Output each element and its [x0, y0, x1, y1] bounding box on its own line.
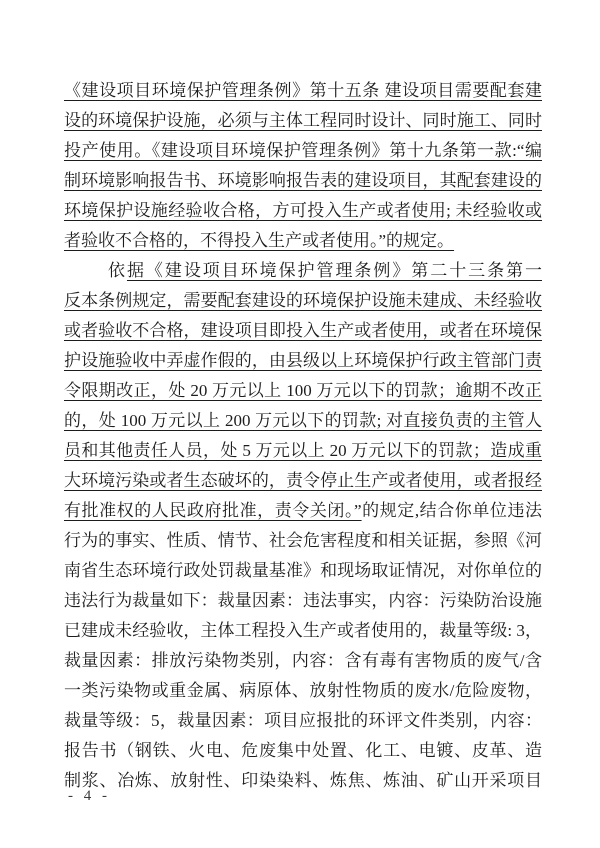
text-line: 者验收不合格的，不得投入生产或者使用。”的规定。	[64, 226, 542, 256]
text-line: 设的环境保护设施，必须与主体工程同时设计、同时施工、同时	[64, 106, 542, 136]
text-line: 裁量等级：5，裁量因素：项目应报批的环评文件类别，内容：	[64, 706, 542, 736]
text-line: 投产使用。《建设项目环境保护管理条例》第十九条第一款:“编	[64, 136, 542, 166]
underlined-text: 制环境影响报告书、环境影响报告表的建设项目，其配套建设的	[64, 171, 542, 190]
text-line: 制环境影响报告书、环境影响报告表的建设项目，其配套建设的	[64, 166, 542, 196]
text-line: 大环境污染或者生态破坏的，责令停止生产或者使用，或者报经	[64, 466, 542, 496]
underlined-text: 设的环境保护设施，必须与主体工程同时设计、同时施工、同时	[64, 111, 542, 130]
plain-text: 裁量因素：排放污染物类别，内容：含有毒有害物质的废气/含	[64, 651, 542, 670]
text-line: 制浆、冶炼、放射性、印染染料、炼焦、炼油、矿山开采项目等）	[64, 766, 542, 796]
page-number: - 4 -	[68, 788, 108, 804]
underlined-text: 大环境污染或者生态破坏的，责令停止生产或者使用，或者报经	[64, 471, 542, 490]
text-line: 环境保护设施经验收合格，方可投入生产或者使用; 未经验收或	[64, 196, 542, 226]
text-line: 南省生态环境行政处罚裁量基准》和现场取证情况，对你单位的	[64, 556, 542, 586]
text-line: 一类污染物或重金属、病原体、放射性物质的废水/危险废物，	[64, 676, 542, 706]
text-line: 或者验收不合格，建设项目即投入生产或者使用，或者在环境保	[64, 316, 542, 346]
underlined-text: 反本条例规定，需要配套建设的环境保护设施未建成、未经验收	[64, 291, 542, 310]
text-line: 报告书（钢铁、火电、危废集中处置、化工、电镀、皮革、造纸、	[64, 736, 542, 766]
underlined-text: 令限期改正，处 20 万元以上 100 万元以下的罚款；逾期不改正	[64, 381, 542, 400]
underlined-text: 有批准权的人民政府批准，责令关闭。”	[64, 501, 362, 520]
document-body: 《建设项目环境保护管理条例》第十五条 建设项目需要配套建 设的环境保护设施，必须…	[64, 76, 542, 796]
underlined-text: 投产使用。《建设项目环境保护管理条例》第十九条第一款:“编	[64, 141, 542, 160]
plain-text: 报告书（钢铁、火电、危废集中处置、化工、电镀、皮革、造纸、	[64, 741, 542, 766]
text-line: 已建成未经验收，主体工程投入生产或者使用的，裁量等级: 3，	[64, 616, 542, 646]
text-line: 令限期改正，处 20 万元以上 100 万元以下的罚款；逾期不改正	[64, 376, 542, 406]
underlined-text: 环境保护设施经验收合格，方可投入生产或者使用; 未经验收或	[64, 201, 542, 220]
underlined-text: 员和其他责任人员，处 5 万元以上 20 万元以下的罚款；造成重	[64, 441, 542, 460]
text-line: 《建设项目环境保护管理条例》第十五条 建设项目需要配套建	[64, 76, 542, 106]
underlined-text: 据《建设项目环境保护管理条例》第二十三条第一款:“违	[64, 261, 542, 286]
plain-text: 行为的事实、性质、情节、社会危害程度和相关证据，参照《河	[64, 531, 542, 550]
plain-text: 依	[108, 261, 127, 280]
plain-text: 的规定,结合你单位违法	[362, 501, 542, 520]
underlined-text: 《建设项目环境保护管理条例》第十五条 建设项目需要配套建	[64, 81, 542, 100]
plain-text: 违法行为裁量如下：裁量因素：违法事实，内容：污染防治设施	[64, 591, 542, 610]
text-line: 依据《建设项目环境保护管理条例》第二十三条第一款:“违	[64, 256, 542, 286]
plain-text: 裁量等级：5，裁量因素：项目应报批的环评文件类别，内容：	[64, 711, 542, 730]
text-line: 的，处 100 万元以上 200 万元以下的罚款; 对直接负责的主管人	[64, 406, 542, 436]
plain-text: 一类污染物或重金属、病原体、放射性物质的废水/危险废物，	[64, 681, 542, 700]
underlined-text: 或者验收不合格，建设项目即投入生产或者使用，或者在环境保	[64, 321, 542, 340]
plain-text: 已建成未经验收，主体工程投入生产或者使用的，裁量等级: 3，	[64, 621, 542, 640]
text-line: 员和其他责任人员，处 5 万元以上 20 万元以下的罚款；造成重	[64, 436, 542, 466]
text-line: 行为的事实、性质、情节、社会危害程度和相关证据，参照《河	[64, 526, 542, 556]
underlined-text: 护设施验收中弄虚作假的，由县级以上环境保护行政主管部门责	[64, 351, 542, 370]
text-line: 护设施验收中弄虚作假的，由县级以上环境保护行政主管部门责	[64, 346, 542, 376]
underlined-text: 者验收不合格的，不得投入生产或者使用。”的规定。	[64, 231, 454, 250]
plain-text: 制浆、冶炼、放射性、印染染料、炼焦、炼油、矿山开采项目等）	[64, 771, 542, 796]
text-line: 有批准权的人民政府批准，责令关闭。”的规定,结合你单位违法	[64, 496, 542, 526]
underlined-text: 的，处 100 万元以上 200 万元以下的罚款; 对直接负责的主管人	[64, 411, 542, 430]
text-line: 违法行为裁量如下：裁量因素：违法事实，内容：污染防治设施	[64, 586, 542, 616]
plain-text: 南省生态环境行政处罚裁量基准》和现场取证情况，对你单位的	[64, 561, 542, 580]
text-line: 裁量因素：排放污染物类别，内容：含有毒有害物质的废气/含	[64, 646, 542, 676]
text-line: 反本条例规定，需要配套建设的环境保护设施未建成、未经验收	[64, 286, 542, 316]
document-page: 《建设项目环境保护管理条例》第十五条 建设项目需要配套建 设的环境保护设施，必须…	[0, 0, 600, 848]
